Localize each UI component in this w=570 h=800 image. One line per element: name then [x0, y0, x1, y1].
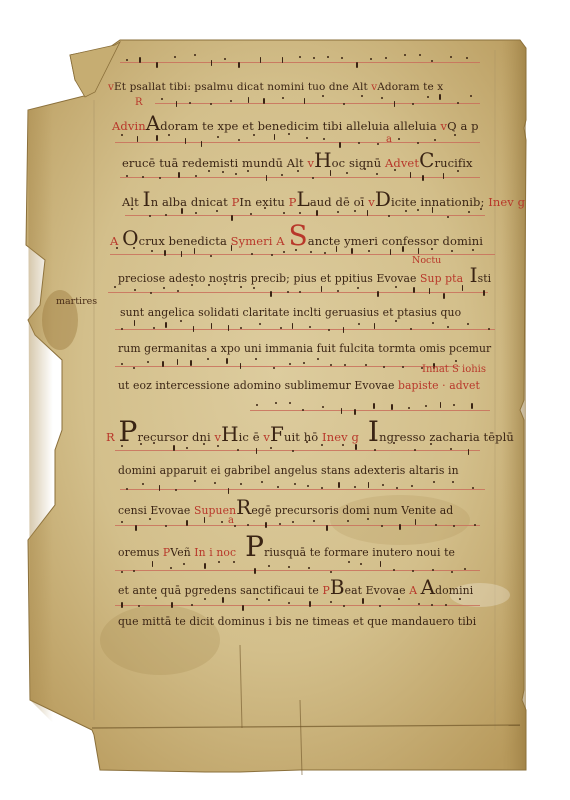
- neume-mark: [242, 605, 244, 611]
- text-segment: n alba dnicat: [151, 195, 232, 209]
- neume-mark: [337, 290, 339, 292]
- rubric-mark: a: [386, 134, 392, 145]
- text-segment: Adoram te x: [377, 81, 443, 93]
- neume-mark: [195, 175, 197, 177]
- text-segment: Et psallat tibi: psalmu dicat nomini tuo…: [114, 81, 371, 93]
- neume-mark: [326, 525, 328, 531]
- neume-mark: [193, 326, 195, 332]
- rubric-text: v: [368, 195, 375, 209]
- text-segment: ic ē: [239, 430, 264, 444]
- neume-mark: [472, 249, 474, 251]
- text-line: Alt In alba dnicat PIn exitu PLaud dē oī…: [122, 192, 525, 209]
- neume-mark: [194, 248, 196, 254]
- neume-mark: [308, 567, 310, 569]
- text-segment: oc signū: [332, 156, 385, 170]
- neume-mark: [425, 405, 427, 407]
- neume-mark: [151, 250, 153, 252]
- neume-mark: [299, 212, 301, 214]
- text-segment: Alt: [122, 195, 143, 209]
- neume-mark: [204, 563, 206, 569]
- neume-mark: [312, 177, 314, 179]
- text-line: AdvinAdoram te xpe et benedicim tibi all…: [112, 116, 479, 133]
- neume-mark: [190, 360, 192, 366]
- neume-mark: [439, 94, 441, 100]
- neume-mark: [443, 173, 445, 179]
- rubric-mark: Innat S iohis: [422, 364, 486, 375]
- neume-mark: [373, 403, 375, 409]
- text-segment: domini: [435, 584, 473, 597]
- neume-mark: [254, 568, 256, 574]
- neume-mark: [176, 101, 178, 107]
- neume-mark: [355, 444, 357, 450]
- text-segment: H: [314, 148, 332, 172]
- text-line: et ante quā pgredens sanctificaui te PBe…: [118, 580, 473, 598]
- neume-mark: [121, 134, 123, 136]
- rubric-text: P: [322, 584, 329, 597]
- rubric-mark: R: [135, 97, 143, 108]
- rubric-text: Symeri A: [231, 234, 285, 248]
- neume-mark: [185, 138, 187, 144]
- neume-mark: [297, 170, 299, 172]
- neume-mark: [273, 367, 275, 369]
- neume-mark: [195, 212, 197, 214]
- neume-mark: [380, 561, 382, 567]
- rubric-text: bapiste · advet: [398, 379, 480, 392]
- neume-mark: [156, 62, 158, 68]
- neume-mark: [162, 361, 164, 367]
- neume-mark: [417, 142, 419, 144]
- neume-mark: [247, 170, 249, 172]
- neume-mark: [156, 135, 158, 141]
- neume-mark: [126, 175, 128, 177]
- neume-mark: [304, 98, 306, 104]
- neume-mark: [226, 358, 228, 364]
- neume-mark: [139, 57, 141, 63]
- rubric-text: Inev g: [322, 430, 359, 444]
- neume-mark: [433, 481, 435, 483]
- neume-mark: [381, 525, 383, 527]
- neume-mark: [354, 409, 356, 415]
- neume-mark: [292, 521, 294, 523]
- neume-mark: [186, 520, 188, 526]
- staff-line: [115, 142, 480, 143]
- neume-mark: [368, 482, 370, 488]
- text-segment: eat Evovae: [345, 584, 410, 597]
- neume-mark: [299, 56, 301, 58]
- neume-mark: [171, 602, 173, 608]
- neume-mark: [321, 487, 323, 489]
- neume-mark: [201, 141, 203, 147]
- neume-mark: [440, 402, 442, 408]
- neume-mark: [287, 291, 289, 293]
- text-line: censi Evovae SupuenRegē precursoris domi…: [118, 500, 453, 518]
- neume-mark: [390, 249, 392, 255]
- text-segment: crux benedicta: [139, 234, 231, 248]
- neume-mark: [374, 449, 376, 451]
- neume-mark: [281, 174, 283, 176]
- neume-mark: [309, 601, 311, 607]
- neume-mark: [228, 325, 230, 331]
- staff-line: [125, 215, 485, 216]
- text-line: ut eoz intercessione adomino sublimemur …: [118, 379, 480, 393]
- staff-line: [115, 329, 495, 330]
- neume-mark: [159, 485, 161, 491]
- neume-mark: [455, 360, 457, 362]
- text-segment: R: [236, 495, 251, 519]
- staff-line: [115, 366, 460, 367]
- text-segment: Q a p: [447, 119, 478, 133]
- neume-mark: [255, 358, 257, 360]
- text-segment: In exitu: [239, 195, 288, 209]
- text-segment: censi Evovae: [118, 504, 194, 517]
- neume-mark: [451, 571, 453, 573]
- text-segment: aud dē oī: [310, 195, 368, 209]
- neume-mark: [150, 292, 152, 294]
- neume-mark: [408, 407, 410, 409]
- neume-mark: [134, 289, 136, 291]
- text-segment: I: [359, 415, 379, 448]
- neume-mark: [377, 291, 379, 297]
- neume-mark: [376, 173, 378, 175]
- staff-line: [115, 570, 480, 571]
- neume-mark: [152, 561, 154, 567]
- neume-mark: [419, 54, 421, 56]
- neume-mark: [443, 293, 445, 299]
- neume-mark: [256, 404, 258, 406]
- text-segment: D: [375, 187, 391, 211]
- neume-mark: [322, 95, 324, 97]
- neume-mark: [302, 409, 304, 411]
- text-segment: I: [143, 187, 151, 211]
- neume-mark: [221, 521, 223, 523]
- neume-mark: [142, 483, 144, 485]
- text-line: A Ocrux benedicta Symeri A Sancte ymeri …: [110, 229, 483, 248]
- neume-mark: [159, 177, 161, 179]
- text-segment: domini apparuit ei gabribel angelus stan…: [118, 464, 459, 477]
- rubric-text: S: [288, 219, 307, 252]
- neume-mark: [231, 215, 233, 221]
- neume-mark: [240, 483, 242, 485]
- neume-mark: [431, 248, 433, 250]
- text-segment: uit hō: [284, 430, 322, 444]
- neume-mark: [470, 95, 472, 97]
- neume-mark: [427, 96, 429, 98]
- neume-mark: [235, 173, 237, 175]
- rubric-text: Inev g: [488, 195, 525, 209]
- neume-mark: [121, 571, 123, 573]
- neume-mark: [468, 449, 470, 455]
- neume-mark: [414, 449, 416, 451]
- neume-mark: [330, 364, 332, 366]
- text-segment: A: [146, 111, 161, 135]
- neume-mark: [250, 213, 252, 215]
- rubric-text: Advet: [385, 156, 419, 170]
- neume-mark: [445, 604, 447, 606]
- text-segment: ut eoz intercessione adomino sublimemur …: [118, 379, 398, 392]
- neume-mark: [237, 449, 239, 451]
- rubric-text: Advin: [112, 119, 146, 133]
- text-segment: O: [122, 226, 139, 250]
- rubric-mark: a: [228, 515, 234, 526]
- neume-mark: [282, 57, 284, 63]
- text-segment: C: [419, 148, 434, 172]
- neume-mark: [321, 286, 323, 292]
- neume-mark: [210, 255, 212, 257]
- neume-mark: [268, 599, 270, 601]
- text-line: sunt angelica solidati claritate inclti …: [120, 306, 461, 320]
- neume-mark: [256, 448, 258, 454]
- neume-mark: [181, 251, 183, 257]
- neume-mark: [270, 291, 272, 297]
- neume-mark: [383, 366, 385, 368]
- neume-mark: [217, 445, 219, 447]
- text-segment: icite innationib;: [391, 195, 488, 209]
- neume-mark: [178, 172, 180, 178]
- text-line: rum germanitas a xpo uni immania fuit fu…: [118, 342, 491, 356]
- neume-mark: [121, 363, 123, 365]
- neume-mark: [452, 481, 454, 483]
- text-line: erucē tuā redemisti mundū Alt vHoc signū…: [122, 153, 473, 170]
- neume-mark: [356, 62, 358, 68]
- rubric-text: Sup pta: [420, 272, 463, 285]
- neume-mark: [432, 569, 434, 571]
- neume-mark: [288, 602, 290, 604]
- text-segment: sti: [478, 272, 492, 285]
- neume-mark: [256, 598, 258, 600]
- neume-mark: [341, 57, 343, 59]
- neume-mark: [391, 404, 393, 410]
- neume-mark: [279, 523, 281, 525]
- text-line: domini apparuit ei gabribel angelus stan…: [118, 464, 459, 478]
- neume-mark: [453, 525, 455, 527]
- neume-mark: [393, 569, 395, 571]
- text-segment: I: [463, 263, 477, 287]
- neume-mark: [341, 408, 343, 414]
- staff-line: [250, 410, 490, 411]
- text-segment: rucifix: [434, 156, 472, 170]
- neume-mark: [263, 98, 265, 104]
- neume-mark: [394, 101, 396, 107]
- text-segment: Veñ: [170, 546, 194, 559]
- neume-mark: [471, 403, 473, 409]
- text-segment: erucē tuā redemisti mundū Alt: [122, 156, 307, 170]
- text-segment: que mittā te dicit dominus i bis ne time…: [118, 615, 476, 628]
- neume-mark: [450, 56, 452, 58]
- neume-mark: [432, 322, 434, 324]
- neume-mark: [164, 250, 166, 256]
- neume-mark: [317, 358, 319, 360]
- neume-mark: [307, 485, 309, 487]
- neume-mark: [238, 62, 240, 68]
- neume-mark: [309, 326, 311, 328]
- neume-mark: [240, 363, 242, 369]
- text-line: R Precursor dni vHic ē vFuit hō Inev g I…: [106, 425, 514, 444]
- neume-mark: [330, 571, 332, 573]
- neume-mark: [228, 488, 230, 494]
- text-segment: egē precursoris domi num Venite ad: [251, 504, 453, 517]
- neume-mark: [324, 252, 326, 254]
- text-line: vEt psallat tibi: psalmu dicat nomini tu…: [108, 80, 443, 94]
- neume-mark: [402, 366, 404, 368]
- neume-mark: [259, 323, 261, 325]
- neume-mark: [253, 134, 255, 136]
- neume-mark: [385, 57, 387, 59]
- text-segment: ngresso zacharia tēplū: [379, 430, 514, 444]
- text-segment: B: [330, 575, 345, 599]
- neume-mark: [316, 210, 318, 216]
- text-line: que mittā te dicit dominus i bis ne time…: [118, 615, 476, 629]
- text-segment: recursor dni: [137, 430, 214, 444]
- neume-mark: [280, 327, 282, 329]
- neume-mark: [422, 175, 424, 181]
- neume-mark: [137, 136, 139, 142]
- neume-mark: [292, 323, 294, 329]
- staff-line: [115, 525, 480, 526]
- neume-mark: [374, 323, 376, 329]
- text-segment: rum germanitas a xpo uni immania fuit fu…: [118, 342, 491, 355]
- neume-mark: [483, 290, 485, 296]
- staff-line: [155, 103, 480, 104]
- text-segment: et ante quā pgredens sanctificaui te: [118, 584, 322, 597]
- neume-mark: [365, 364, 367, 366]
- text-segment: riusquā te formare inutero noui te: [264, 546, 455, 559]
- neume-mark: [338, 482, 340, 488]
- text-segment: doram te xpe et benedicim tibi alleluia …: [160, 119, 440, 133]
- staff-line: [120, 62, 480, 63]
- neume-mark: [275, 402, 277, 404]
- staff-line: [120, 177, 480, 178]
- neume-mark: [306, 137, 308, 139]
- neume-mark: [411, 485, 413, 487]
- rubric-mark: Noctu: [412, 255, 441, 266]
- rubric-text: A: [110, 234, 122, 248]
- neume-mark: [283, 251, 285, 253]
- neume-mark: [266, 175, 268, 181]
- margin-note: martires: [56, 296, 97, 307]
- neume-mark: [362, 598, 364, 604]
- neume-mark: [377, 143, 379, 145]
- neume-mark: [174, 56, 176, 58]
- neume-mark: [354, 210, 356, 212]
- neume-mark: [351, 248, 353, 254]
- neume-mark: [121, 602, 123, 608]
- text-segment: sunt angelica solidati claritate inclti …: [120, 306, 461, 319]
- neume-mark: [173, 445, 175, 451]
- text-line: preciose adesto nostris precib; pius et …: [118, 268, 491, 286]
- text-segment: preciose adesto nostris precib; pius et …: [118, 272, 420, 285]
- neume-mark: [165, 525, 167, 527]
- neume-mark: [216, 210, 218, 212]
- text-segment: H: [221, 422, 239, 446]
- neume-mark: [210, 103, 212, 105]
- neume-mark: [474, 524, 476, 526]
- neume-mark: [418, 248, 420, 254]
- neume-mark: [165, 322, 167, 328]
- neume-mark: [399, 524, 401, 530]
- neume-mark: [189, 102, 191, 104]
- neume-mark: [347, 520, 349, 522]
- neume-mark: [282, 97, 284, 99]
- text-segment: P: [236, 530, 264, 563]
- rubric-text: In i noc: [194, 546, 236, 559]
- staff-line: [115, 450, 480, 451]
- neume-mark: [395, 320, 397, 322]
- neume-mark: [126, 59, 128, 61]
- text-segment: ancte ymeri confessor domini: [308, 234, 483, 248]
- neume-mark: [431, 60, 433, 62]
- neume-mark: [415, 519, 417, 525]
- text-segment: L: [296, 187, 309, 211]
- rubric-text: A: [409, 584, 420, 597]
- neume-mark: [342, 444, 344, 446]
- neume-mark: [343, 605, 345, 607]
- text-segment: A: [421, 575, 436, 599]
- neume-mark: [142, 176, 144, 178]
- neume-mark: [294, 483, 296, 485]
- text-line: oremus PVeñ In i noc Priusquā te formare…: [118, 540, 455, 560]
- neume-mark: [339, 142, 341, 148]
- neume-mark: [194, 54, 196, 56]
- rubric-text: R: [106, 430, 119, 444]
- neume-mark: [271, 254, 273, 256]
- neume-mark: [114, 286, 116, 288]
- neume-mark: [135, 525, 137, 531]
- text-segment: P: [119, 415, 138, 448]
- text-segment: F: [270, 422, 284, 446]
- neume-mark: [381, 97, 383, 99]
- neume-mark: [265, 522, 267, 528]
- neume-mark: [413, 287, 415, 293]
- neume-mark: [398, 138, 400, 140]
- neume-mark: [240, 327, 242, 329]
- staff-line: [115, 605, 480, 606]
- text-segment: oremus: [118, 546, 163, 559]
- neume-mark: [248, 97, 250, 103]
- neume-mark: [277, 486, 279, 488]
- staff-line: [108, 292, 488, 293]
